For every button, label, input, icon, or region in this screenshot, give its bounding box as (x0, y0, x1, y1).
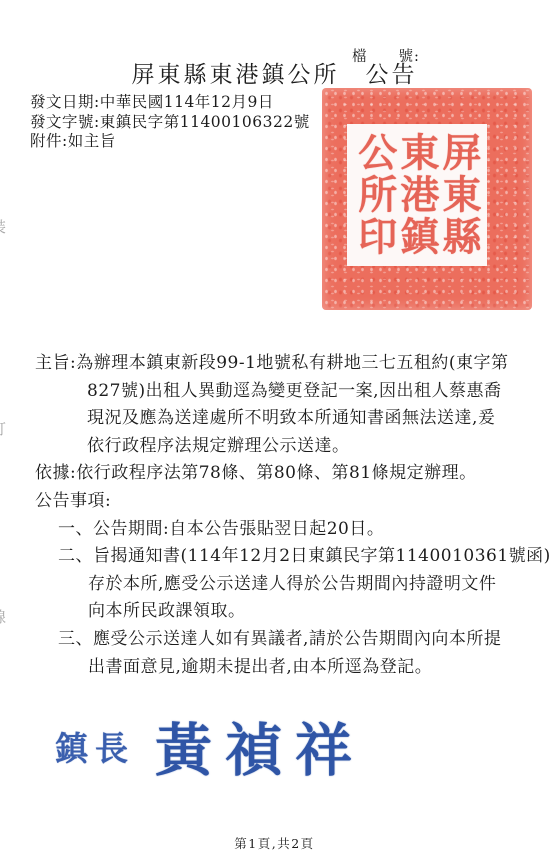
legal-basis: 依據:依行政程序法第78條、第80條、第81條規定辦理。 (35, 460, 535, 488)
page-title: 屏東縣東港鎮公所 公告 (0, 56, 549, 89)
subject-line: 827號)出租人異動逕為變更登記一案,因出租人蔡惠喬 (35, 378, 535, 406)
item-1-line: 一、公告期間:自本公告張貼翌日起20日。 (58, 516, 535, 544)
subject-line: 現況及應為送達處所不明致本所通知書函無法送達,爰 (35, 405, 535, 433)
issue-date: 發文日期:中華民國114年12月9日 (30, 93, 310, 113)
attachment-note: 附件:如主旨 (30, 132, 310, 152)
official-seal-inner: 屏東縣 東港鎮 公所印 (347, 124, 487, 266)
issue-number: 發文字號:東鎮民字第11400106322號 (30, 113, 310, 133)
seal-text-column-middle: 東港鎮 (396, 132, 438, 258)
issuance-meta: 發文日期:中華民國114年12月9日 發文字號:東鎮民字第11400106322… (30, 93, 310, 152)
binding-mark-ding: 訂 (0, 418, 9, 439)
seal-text-column-left: 公所印 (354, 132, 396, 258)
mayor-signature-stamp: 鎮長 黃禎祥 (55, 700, 365, 792)
binding-mark-zhuang: 裝 (0, 216, 9, 237)
seal-text-column-right: 屏東縣 (438, 132, 480, 258)
mayor-title: 鎮長 (55, 723, 135, 770)
subject-line: 依行政程序法規定辦理公示送達。 (35, 433, 535, 461)
official-seal-stamp: 屏東縣 東港鎮 公所印 (322, 88, 532, 310)
item-2-line: 存於本所,應受公示送達人得於公告期間內持證明文件 (58, 571, 535, 599)
item-2-line: 向本所民政課領取。 (58, 598, 535, 626)
page-number: 第1頁,共2頁 (0, 834, 549, 852)
subject-line: 主旨:為辦理本鎮東新段99-1地號私有耕地三七五租約(東字第 (35, 350, 535, 378)
item-3-line: 三、應受公示送達人如有異議者,請於公告期間內向本所提 (58, 626, 535, 654)
items-header: 公告事項: (35, 488, 535, 516)
item-2-line: 二、旨揭通知書(114年12月2日東鎮民字第1140010361號函) (58, 543, 535, 571)
mayor-name: 黃禎祥 (155, 705, 365, 787)
binding-mark-xian: 線 (0, 606, 9, 627)
notice-body: 主旨:為辦理本鎮東新段99-1地號私有耕地三七五租約(東字第 827號)出租人異… (35, 350, 535, 681)
item-3-line: 出書面意見,逾期未提出者,由本所逕為登記。 (58, 654, 535, 682)
